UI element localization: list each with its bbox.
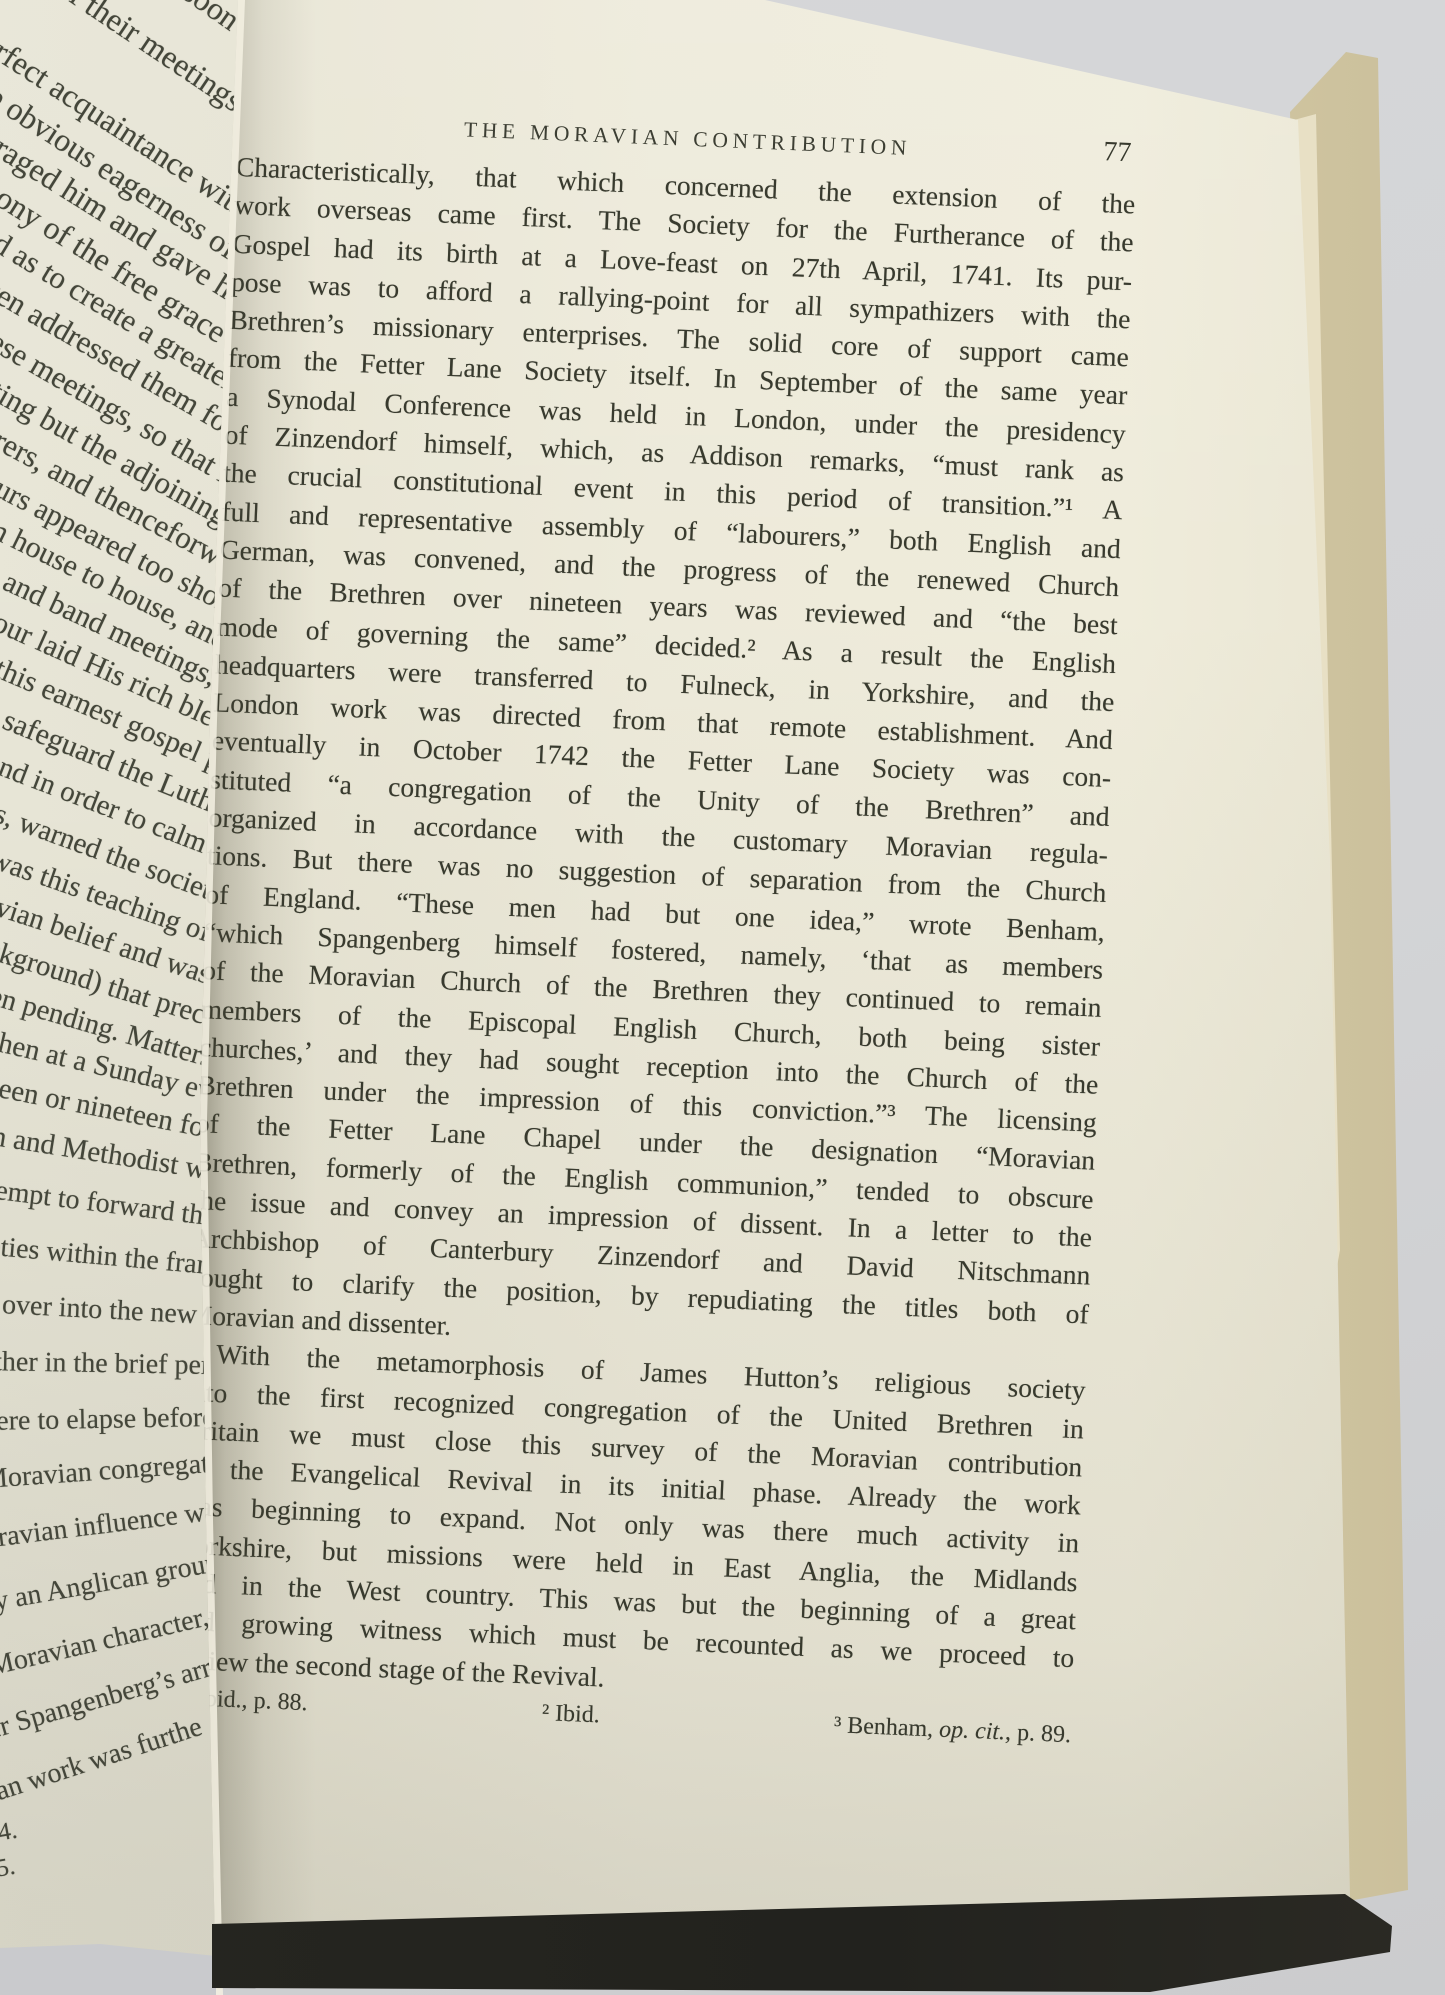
page-number: 77 (1103, 136, 1132, 169)
body-text: Characteristically, that which concerned… (173, 148, 1136, 1716)
left-page-line-fragment: 5. (0, 1853, 17, 1884)
book-photo: THE MORAVIAN CONTRIBUTION 77 Characteris… (0, 0, 1445, 1995)
footnote-3: ³ Benham, op. cit., p. 89. (833, 1712, 1071, 1749)
footnote-3-pre: ³ Benham, (834, 1712, 940, 1742)
left-page-line-fragment: 4. (0, 1817, 19, 1848)
footnote-3-post: , p. 89. (1005, 1719, 1072, 1748)
footnote-3-italic: op. cit. (939, 1717, 1006, 1746)
footnote-2: ² Ibid. (541, 1700, 600, 1729)
